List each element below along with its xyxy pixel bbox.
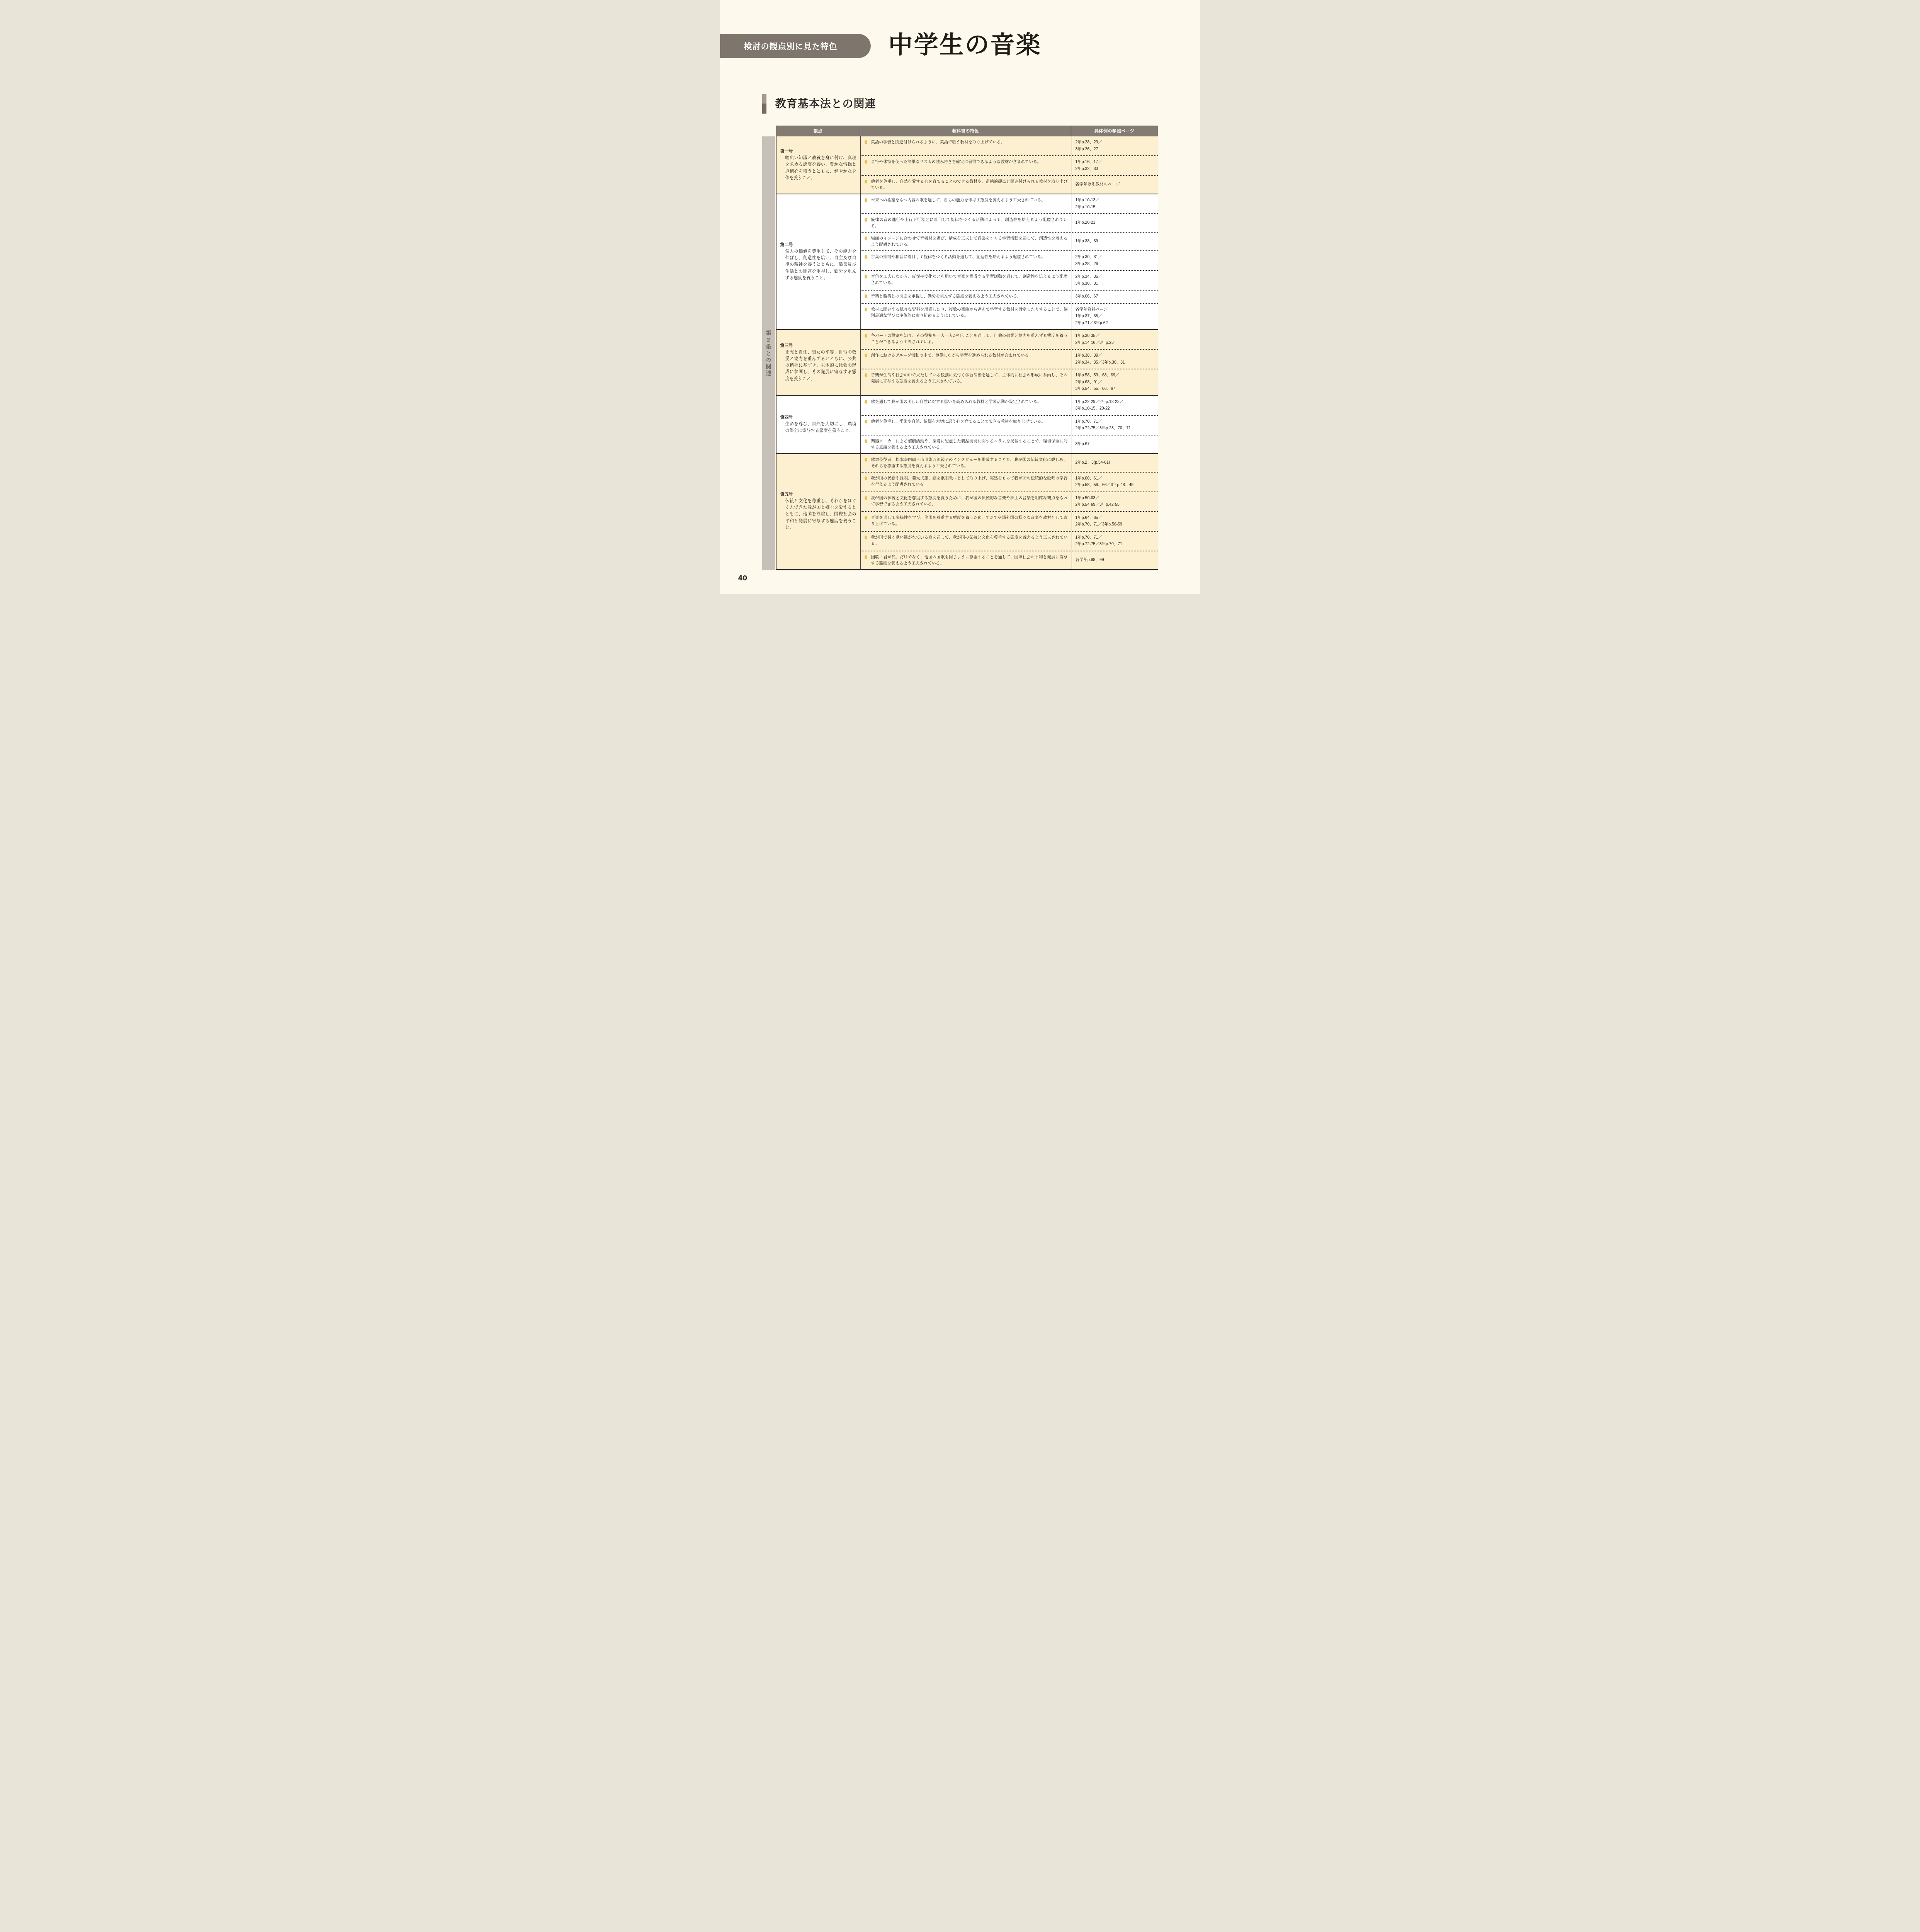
bullet-icon — [865, 516, 867, 520]
feature-cell: 英語の学習と関連付けられるように、英語で歌う教材を取り上げている。 — [861, 136, 1072, 155]
table-row: 未来への希望をもつ内容の歌を通して、自らの能力を伸ばす態度を養えるよう工夫されて… — [861, 194, 1158, 213]
page-ref-cell: 3年p.66、67 — [1072, 291, 1158, 303]
page-ref-cell: 1年p.70、71／2年p.72-75／3年p.70、71 — [1072, 532, 1158, 551]
page-ref-line: 3年p.66、67 — [1076, 293, 1154, 300]
page-ref-line: 3年p.67 — [1076, 441, 1154, 448]
viewpoint-label: 第一号 — [780, 148, 856, 155]
bullet-icon — [865, 255, 867, 259]
page-ref-cell: 各学年歌唱教材のページ — [1072, 176, 1158, 194]
feature-cell: 歌舞伎役者、松本幸四郎・市川染五郎親子のインタビューを掲載することで、我が国の伝… — [861, 454, 1072, 472]
table-row: 楽器メーカーによる植樹活動や、環境に配慮した製品開発に関するコラムを掲載すること… — [861, 435, 1158, 453]
table-row: 場面のイメージに合わせて音素材を選び、構成を工夫して音楽をつくる学習活動を通して… — [861, 232, 1158, 250]
page-ref-cell: 1年p.38、39／2年p.34、35／3年p.30、31 — [1072, 350, 1158, 369]
page-ref-line: 1年p.22-29／2年p.18-23／ — [1076, 399, 1154, 406]
page-ref-line: 1年p.16、17／ — [1076, 159, 1154, 166]
bullet-icon — [865, 180, 867, 184]
page-ref-line: 1年p.37、65／ — [1076, 313, 1154, 320]
page-ref-line: 2年p.2、3(p.54-61) — [1076, 459, 1154, 466]
law-item-group: 第二号個人の価値を尊重して、その能力を伸ばし、創造性を培い、自主及び自律の精神を… — [776, 194, 1158, 329]
table-row: 音楽と職業との関連を重視し、勤労を重んずる態度を養えるよう工夫されている。3年p… — [861, 290, 1158, 303]
feature-cell: 音色を工夫しながら、反復や変化などを用いて音楽を構成する学習活動を通して、創造性… — [861, 271, 1072, 290]
page-ref-cell: 1年p.70、71／2年p.72-75／3年p.23、70、71 — [1072, 416, 1158, 435]
feature-text: 未来への希望をもつ内容の歌を通して、自らの能力を伸ばす態度を養えるよう工夫されて… — [871, 198, 1045, 202]
bullet-icon — [865, 373, 867, 377]
table-row: 音色を工夫しながら、反復や変化などを用いて音楽を構成する学習活動を通して、創造性… — [861, 270, 1158, 290]
table-header-row: 観点 教科書の特色 具体例の参照ページ — [776, 126, 1158, 136]
table-row: 歌を通して我が国の美しい自然に対する思いを高められる教材と学習活動が設定されてい… — [861, 396, 1158, 415]
viewpoint-label: 第三号 — [780, 343, 856, 349]
page-ref-line: 2年p.72-75／3年p.70、71 — [1076, 541, 1154, 548]
bullet-icon — [865, 536, 867, 539]
page-ref-line: 2年p.72-75／3年p.23、70、71 — [1076, 425, 1154, 432]
feature-cell: 国歌「君が代」だけでなく、他国の国歌も同じように尊重することを通して、国際社会の… — [861, 551, 1072, 569]
viewpoint-label: 第五号 — [780, 492, 856, 498]
feature-text: 他者を尊重し、季節や自然、故郷を大切に思う心を育てることのできる教材を取り上げて… — [871, 419, 1046, 424]
feature-cell: 音楽が生活や社会の中で果たしている役割に気付く学習活動を通して、主体的に社会の形… — [861, 369, 1072, 395]
table-row: 我が国で長く歌い継がれている歌を通して、我が国の伝統と文化を尊重する態度を養える… — [861, 531, 1158, 551]
feature-cell: 音符や休符を使った簡単なリズムの読み書きを確実に習得できるような教材が含まれてい… — [861, 156, 1072, 175]
page-ref-line: 3年p.10-15、20-22 — [1076, 405, 1154, 412]
feature-cell: 言葉の抑揚や和音に着目して旋律をつくる活動を通して、創造性を培えるよう配慮されて… — [861, 251, 1072, 270]
bullet-icon — [865, 420, 867, 423]
table-row: 各パートの役割を知り、その役割を一人一人が担うことを通して、自他の敬愛と協力を重… — [861, 330, 1158, 349]
bullet-icon — [865, 218, 867, 222]
table-row: 創作におけるグループ活動の中で、協働しながら学習を進められる教材が含まれている。… — [861, 349, 1158, 369]
bullet-icon — [865, 496, 867, 500]
feature-cell: 楽器メーカーによる植樹活動や、環境に配慮した製品開発に関するコラムを掲載すること… — [861, 435, 1072, 453]
page-ref-cell: 各学年資料ページ1年p.37、65／2年p.71／3年p.62 — [1072, 304, 1158, 330]
page-ref-line: 1年p.50-63／ — [1076, 495, 1154, 502]
page-ref-line: 2年p.14-16／3年p.23 — [1076, 340, 1154, 347]
feature-cell: 我が国の民謡や長唄、義太夫節、謡を歌唱教材として取り上げ、実感をもって我が国の伝… — [861, 473, 1072, 492]
bullet-icon — [865, 294, 867, 298]
feature-cell: 我が国の伝統と文化を尊重する態度を養うために、我が国の伝統的な音楽や郷土の音楽を… — [861, 492, 1072, 511]
feature-text: 音符や休符を使った簡単なリズムの読み書きを確実に習得できるような教材が含まれてい… — [871, 160, 1042, 164]
law-item-group: 第五号伝統と文化を尊重し、それらをはぐくんできた我が国と郷土を愛するとともに、他… — [776, 453, 1158, 569]
viewpoint-label: 第四号 — [780, 415, 856, 421]
table-row: 英語の学習と関連付けられるように、英語で歌う教材を取り上げている。2年p.28、… — [861, 136, 1158, 155]
feature-text: 国歌「君が代」だけでなく、他国の国歌も同じように尊重することを通して、国際社会の… — [871, 555, 1068, 566]
bullet-icon — [865, 400, 867, 404]
feature-text: 音楽を通して多様性を学び、他国を尊重する態度を養うため、アジアや諸外国の様々な音… — [871, 515, 1068, 526]
page-ref-cell: 1年p.10-13／2年p.10-15 — [1072, 194, 1158, 213]
page-ref-cell: 2年p.28、29／3年p.26、27 — [1072, 136, 1158, 155]
viewpoint-cell: 第四号生命を尊び、自然を大切にし、環境の保全に寄与する態度を養うこと。 — [776, 396, 861, 453]
viewpoint-description: 生命を尊び、自然を大切にし、環境の保全に寄与する態度を養うこと。 — [780, 421, 856, 435]
sidebar-strip: 第2条との関連 — [762, 136, 775, 570]
feature-cell: 我が国で長く歌い継がれている歌を通して、我が国の伝統と文化を尊重する態度を養える… — [861, 532, 1072, 551]
page-ref-cell: 1年p.16、17／2年p.32、33 — [1072, 156, 1158, 175]
table-row: 歌舞伎役者、松本幸四郎・市川染五郎親子のインタビューを掲載することで、我が国の伝… — [861, 454, 1158, 472]
page-ref-line: 2年p.30、31／ — [1076, 254, 1154, 261]
feature-cell: 歌を通して我が国の美しい自然に対する思いを高められる教材と学習活動が設定されてい… — [861, 396, 1072, 415]
bullet-icon — [865, 439, 867, 443]
feature-text: 音色を工夫しながら、反復や変化などを用いて音楽を構成する学習活動を通して、創造性… — [871, 274, 1068, 285]
feature-text: 他者を尊重し、自然を愛する心を育てることのできる教材や、道徳的観点と関連付けられ… — [871, 179, 1068, 190]
bullet-icon — [865, 236, 867, 240]
page-ref-line: 2年p.58、59、66／3年p.48、49 — [1076, 482, 1154, 489]
section-title: 教育基本法との関連 — [775, 95, 876, 111]
bullet-icon — [865, 354, 867, 357]
viewpoint-cell: 第五号伝統と文化を尊重し、それらをはぐくんできた我が国と郷土を愛するとともに、他… — [776, 454, 861, 569]
bullet-icon — [865, 140, 867, 144]
bullet-icon — [865, 275, 867, 279]
table-row: 我が国の民謡や長唄、義太夫節、謡を歌唱教材として取り上げ、実感をもって我が国の伝… — [861, 472, 1158, 492]
page-ref-line: 2年p.70、71／3年p.56-59 — [1076, 521, 1154, 528]
feature-cell: 教材に関連する様々な資料を用意したり、複数の楽曲から選んで学習する教材を設定した… — [861, 304, 1072, 330]
feature-text: 我が国で長く歌い継がれている歌を通して、我が国の伝統と文化を尊重する態度を養える… — [871, 535, 1068, 546]
page-ref-line: 1年p.58、59、68、69／ — [1076, 372, 1154, 379]
page-ref-line: 2年p.54-69／3年p.42-55 — [1076, 502, 1154, 509]
page-ref-line: 2年p.68、91／ — [1076, 379, 1154, 386]
table-body: 第一号幅広い知識と教養を身に付け、真理を求める態度を養い、豊かな情操と道徳心を培… — [776, 136, 1158, 570]
table-row: 国歌「君が代」だけでなく、他国の国歌も同じように尊重することを通して、国際社会の… — [861, 551, 1158, 569]
page-ref-line: 1年p.70、71／ — [1076, 534, 1154, 541]
feature-cell: 他者を尊重し、自然を愛する心を育てることのできる教材や、道徳的観点と関連付けられ… — [861, 176, 1072, 194]
feature-cell: 音楽を通して多様性を学び、他国を尊重する態度を養うため、アジアや諸外国の様々な音… — [861, 512, 1072, 531]
table-row: 他者を尊重し、季節や自然、故郷を大切に思う心を育てることのできる教材を取り上げて… — [861, 415, 1158, 435]
bullet-icon — [865, 308, 867, 311]
feature-text: 音楽が生活や社会の中で果たしている役割に気付く学習活動を通して、主体的に社会の形… — [871, 373, 1068, 384]
column-header-pages: 具体例の参照ページ — [1071, 126, 1158, 136]
section-accent-bar — [762, 94, 766, 114]
feature-cell: 創作におけるグループ活動の中で、協働しながら学習を進められる教材が含まれている。 — [861, 350, 1072, 369]
table-row: 教材に関連する様々な資料を用意したり、複数の楽曲から選んで学習する教材を設定した… — [861, 303, 1158, 330]
corner-badge-label: 検討の観点別に見た特色 — [744, 40, 838, 52]
page-title: 中学生の音楽 — [889, 27, 1042, 63]
page-ref-line: 各学年資料ページ — [1076, 306, 1154, 313]
feature-text: 我が国の民謡や長唄、義太夫節、謡を歌唱教材として取り上げ、実感をもって我が国の伝… — [871, 476, 1068, 487]
viewpoint-description: 伝統と文化を尊重し、それらをはぐくんできた我が国と郷土を愛するとともに、他国を尊… — [780, 498, 856, 531]
feature-text: 我が国の伝統と文化を尊重する態度を養うために、我が国の伝統的な音楽や郷土の音楽を… — [871, 496, 1068, 507]
page-ref-line: 2年p.34、35／3年p.30、31 — [1076, 359, 1154, 366]
page-ref-line: 1年p.70、71／ — [1076, 418, 1154, 425]
feature-cell: 旋律の音の進行や上行下行などに着目して旋律をつくる活動によって、創造性を培えるよ… — [861, 214, 1072, 232]
feature-text: 教材に関連する様々な資料を用意したり、複数の楽曲から選んで学習する教材を設定した… — [871, 307, 1068, 318]
viewpoint-label: 第二号 — [780, 242, 856, 248]
feature-cell: 音楽と職業との関連を重視し、勤労を重んずる態度を養えるよう工夫されている。 — [861, 291, 1072, 303]
page-ref-cell: 1年p.64、65／2年p.70、71／3年p.56-59 — [1072, 512, 1158, 531]
feature-text: 歌舞伎役者、松本幸四郎・市川染五郎親子のインタビューを掲載することで、我が国の伝… — [871, 457, 1068, 468]
page-ref-line: 3年p.54、55、66、67 — [1076, 386, 1154, 393]
group-rows: 各パートの役割を知り、その役割を一人一人が担うことを通して、自他の敬愛と協力を重… — [861, 330, 1158, 395]
page-ref-line: 各学年p.98、99 — [1076, 557, 1154, 564]
page-ref-line: 3年p.30、31 — [1076, 281, 1154, 287]
group-rows: 歌舞伎役者、松本幸四郎・市川染五郎親子のインタビューを掲載することで、我が国の伝… — [861, 454, 1158, 569]
viewpoint-cell: 第一号幅広い知識と教養を身に付け、真理を求める態度を養い、豊かな情操と道徳心を培… — [776, 136, 861, 194]
viewpoint-description: 正義と責任、男女の平等、自他の敬愛と協力を重んずるとともに、公共の精神に基づき、… — [780, 349, 856, 383]
page-ref-line: 1年p.60、61／ — [1076, 475, 1154, 482]
group-rows: 歌を通して我が国の美しい自然に対する思いを高められる教材と学習活動が設定されてい… — [861, 396, 1158, 453]
page-ref-line: 1年p.38、39 — [1076, 238, 1154, 245]
bullet-icon — [865, 476, 867, 480]
table-row: 他者を尊重し、自然を愛する心を育てることのできる教材や、道徳的観点と関連付けられ… — [861, 175, 1158, 194]
page-ref-cell: 2年p.34、35／3年p.30、31 — [1072, 271, 1158, 290]
bullet-icon — [865, 458, 867, 462]
page-ref-cell: 1年p.22-29／2年p.18-23／3年p.10-15、20-22 — [1072, 396, 1158, 415]
page-ref-line: 2年p.71／3年p.62 — [1076, 320, 1154, 327]
feature-text: 創作におけるグループ活動の中で、協働しながら学習を進められる教材が含まれている。 — [871, 353, 1033, 358]
page-ref-line: 2年p.28、29／ — [1076, 139, 1154, 146]
group-rows: 英語の学習と関連付けられるように、英語で歌う教材を取り上げている。2年p.28、… — [861, 136, 1158, 194]
table-row: 旋律の音の進行や上行下行などに着目して旋律をつくる活動によって、創造性を培えるよ… — [861, 213, 1158, 232]
comparison-table: 観点 教科書の特色 具体例の参照ページ 第一号幅広い知識と教養を身に付け、真理を… — [776, 126, 1158, 570]
column-header-viewpoint: 観点 — [776, 126, 860, 136]
viewpoint-cell: 第三号正義と責任、男女の平等、自他の敬愛と協力を重んずるとともに、公共の精神に基… — [776, 330, 861, 395]
feature-cell: 未来への希望をもつ内容の歌を通して、自らの能力を伸ばす態度を養えるよう工夫されて… — [861, 194, 1072, 213]
page-number: 40 — [738, 575, 748, 582]
page-ref-cell: 1年p.50-63／2年p.54-69／3年p.42-55 — [1072, 492, 1158, 511]
page-ref-line: 1年p.10-13／ — [1076, 197, 1154, 204]
page-ref-cell: 各学年p.98、99 — [1072, 551, 1158, 569]
page-ref-cell: 1年p.30-35／2年p.14-16／3年p.23 — [1072, 330, 1158, 349]
page-ref-line: 2年p.34、35／ — [1076, 274, 1154, 281]
page-ref-line: 1年p.38、39／ — [1076, 352, 1154, 359]
column-header-feature: 教科書の特色 — [860, 126, 1071, 136]
page-ref-cell: 2年p.30、31／3年p.28、29 — [1072, 251, 1158, 270]
bullet-icon — [865, 160, 867, 164]
page-ref-cell: 1年p.20-21 — [1072, 214, 1158, 232]
feature-cell: 場面のイメージに合わせて音素材を選び、構成を工夫して音楽をつくる学習活動を通して… — [861, 233, 1072, 250]
table-row: 音符や休符を使った簡単なリズムの読み書きを確実に習得できるような教材が含まれてい… — [861, 155, 1158, 175]
page-ref-cell: 1年p.58、59、68、69／2年p.68、91／3年p.54、55、66、6… — [1072, 369, 1158, 395]
feature-cell: 各パートの役割を知り、その役割を一人一人が担うことを通して、自他の敬愛と協力を重… — [861, 330, 1072, 349]
page-ref-cell: 2年p.2、3(p.54-61) — [1072, 454, 1158, 472]
feature-text: 言葉の抑揚や和音に着目して旋律をつくる活動を通して、創造性を培えるよう配慮されて… — [871, 255, 1045, 259]
feature-text: 各パートの役割を知り、その役割を一人一人が担うことを通して、自他の敬愛と協力を重… — [871, 333, 1068, 344]
table-row: 音楽を通して多様性を学び、他国を尊重する態度を養うため、アジアや諸外国の様々な音… — [861, 511, 1158, 531]
viewpoint-description: 幅広い知識と教養を身に付け、真理を求める態度を養い、豊かな情操と道徳心を培うとと… — [780, 155, 856, 182]
page-ref-cell: 1年p.60、61／2年p.58、59、66／3年p.48、49 — [1072, 473, 1158, 492]
page-ref-line: 各学年歌唱教材のページ — [1076, 181, 1154, 188]
page-ref-cell: 1年p.38、39 — [1072, 233, 1158, 250]
feature-text: 英語の学習と関連付けられるように、英語で歌う教材を取り上げている。 — [871, 140, 1005, 145]
bullet-icon — [865, 555, 867, 559]
corner-badge: 検討の観点別に見た特色 — [720, 34, 871, 58]
table-row: 音楽が生活や社会の中で果たしている役割に気付く学習活動を通して、主体的に社会の形… — [861, 369, 1158, 395]
feature-text: 音楽と職業との関連を重視し、勤労を重んずる態度を養えるよう工夫されている。 — [871, 294, 1021, 299]
page-ref-cell: 3年p.67 — [1072, 435, 1158, 453]
law-item-group: 第一号幅広い知識と教養を身に付け、真理を求める態度を養い、豊かな情操と道徳心を培… — [776, 136, 1158, 194]
feature-text: 旋律の音の進行や上行下行などに着目して旋律をつくる活動によって、創造性を培えるよ… — [871, 218, 1068, 228]
bullet-icon — [865, 334, 867, 338]
table-row: 我が国の伝統と文化を尊重する態度を養うために、我が国の伝統的な音楽や郷土の音楽を… — [861, 492, 1158, 511]
page-ref-line: 2年p.32、33 — [1076, 166, 1154, 173]
table-row: 言葉の抑揚や和音に着目して旋律をつくる活動を通して、創造性を培えるよう配慮されて… — [861, 250, 1158, 270]
law-item-group: 第三号正義と責任、男女の平等、自他の敬愛と協力を重んずるとともに、公共の精神に基… — [776, 329, 1158, 395]
group-rows: 未来への希望をもつ内容の歌を通して、自らの能力を伸ばす態度を養えるよう工夫されて… — [861, 194, 1158, 329]
feature-cell: 他者を尊重し、季節や自然、故郷を大切に思う心を育てることのできる教材を取り上げて… — [861, 416, 1072, 435]
page-ref-line: 3年p.28、29 — [1076, 261, 1154, 268]
feature-text: 楽器メーカーによる植樹活動や、環境に配慮した製品開発に関するコラムを掲載すること… — [871, 439, 1068, 450]
page-ref-line: 1年p.30-35／ — [1076, 333, 1154, 340]
bullet-icon — [865, 198, 867, 202]
page-ref-line: 1年p.20-21 — [1076, 219, 1154, 226]
viewpoint-description: 個人の価値を尊重して、その能力を伸ばし、創造性を培い、自主及び自律の精神を養うと… — [780, 248, 856, 282]
law-item-group: 第四号生命を尊び、自然を大切にし、環境の保全に寄与する態度を養うこと。歌を通して… — [776, 395, 1158, 453]
page-ref-line: 3年p.26、27 — [1076, 146, 1154, 153]
sidebar-vertical-label: 第2条との関連 — [765, 330, 773, 377]
feature-text: 歌を通して我が国の美しい自然に対する思いを高められる教材と学習活動が設定されてい… — [871, 400, 1042, 404]
document-page: 検討の観点別に見た特色 中学生の音楽 教育基本法との関連 第2条との関連 観点 … — [720, 0, 1200, 594]
viewpoint-cell: 第二号個人の価値を尊重して、その能力を伸ばし、創造性を培い、自主及び自律の精神を… — [776, 194, 861, 329]
page-ref-line: 2年p.10-15 — [1076, 204, 1154, 211]
feature-text: 場面のイメージに合わせて音素材を選び、構成を工夫して音楽をつくる学習活動を通して… — [871, 236, 1068, 247]
page-ref-line: 1年p.64、65／ — [1076, 515, 1154, 522]
